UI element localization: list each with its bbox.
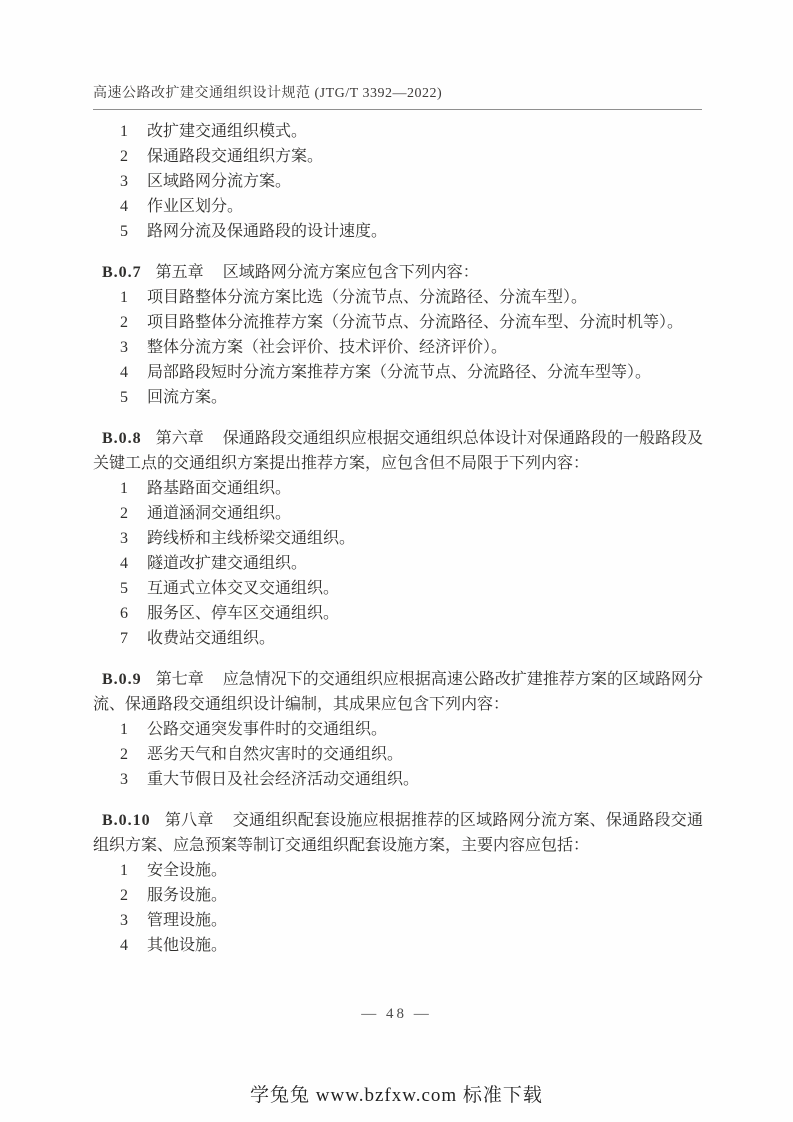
running-head: 高速公路改扩建交通组织设计规范 (JTG/T 3392—2022): [93, 82, 702, 110]
item-number: 3: [120, 526, 128, 551]
item-text: 改扩建交通组织模式。: [147, 123, 307, 140]
section-items: 1 安全设施。 2 服务设施。 3 管理设施。 4: [93, 858, 703, 958]
item-number: 3: [120, 335, 128, 360]
list-item: 3 重大节假日及社会经济活动交通组织。: [93, 767, 703, 792]
list-item: 4 局部路段短时分流方案推荐方案（分流节点、分流路径、分流车型等）。: [93, 360, 703, 385]
item-text: 服务设施。: [147, 887, 227, 904]
item-text: 安全设施。: [147, 862, 227, 879]
list-item: 5 互通式立体交叉交通组织。: [93, 576, 703, 601]
item-number: 2: [120, 883, 128, 908]
item-text: 通道涵洞交通组织。: [147, 505, 291, 522]
list-item: 6 服务区、停车区交通组织。: [93, 601, 703, 626]
list-item: 2 项目路整体分流推荐方案（分流节点、分流路径、分流车型、分流时机等）。: [93, 310, 703, 335]
item-number: 2: [120, 310, 128, 335]
item-text: 回流方案。: [147, 389, 227, 406]
item-text: 收费站交通组织。: [147, 630, 275, 647]
section-b-0-10: B.0.10 第八章 交通组织配套设施应根据推荐的区域路网分流方案、保通路段交通…: [93, 808, 703, 958]
section-chapter: 第八章: [165, 812, 214, 829]
section-chapter: 第五章: [156, 264, 204, 281]
item-number: 2: [120, 742, 128, 767]
list-item: 3 跨线桥和主线桥梁交通组织。: [93, 526, 703, 551]
list-item: 7 收费站交通组织。: [93, 626, 703, 651]
section-id: B.0.9: [102, 671, 142, 688]
section-chapter: 第七章: [156, 671, 204, 688]
item-number: 3: [120, 908, 128, 933]
item-text: 局部路段短时分流方案推荐方案（分流节点、分流路径、分流车型等）。: [147, 364, 651, 381]
list-item: 1 安全设施。: [93, 858, 703, 883]
item-number: 5: [120, 576, 128, 601]
item-number: 4: [120, 360, 128, 385]
item-number: 1: [120, 476, 128, 501]
list-item: 2 通道涵洞交通组织。: [93, 501, 703, 526]
section-items: 1 路基路面交通组织。 2 通道涵洞交通组织。 3 跨线桥和主线桥梁交通组织。: [93, 476, 703, 651]
item-number: 1: [120, 858, 128, 883]
list-item: 3 区域路网分流方案。: [93, 169, 703, 194]
item-text: 公路交通突发事件时的交通组织。: [147, 721, 387, 738]
list-item: 2 服务设施。: [93, 883, 703, 908]
item-number: 7: [120, 626, 128, 651]
list-item: 5 路网分流及保通路段的设计速度。: [93, 219, 703, 244]
item-text: 其他设施。: [147, 937, 227, 954]
running-head-title: 高速公路改扩建交通组织设计规范 (JTG/T 3392—2022): [93, 86, 442, 101]
list-item: 4 作业区划分。: [93, 194, 703, 219]
item-number: 1: [120, 717, 128, 742]
item-number: 4: [120, 933, 128, 958]
item-text: 整体分流方案（社会评价、技术评价、经济评价）。: [147, 339, 507, 356]
item-number: 5: [120, 219, 128, 244]
section-id: B.0.10: [102, 812, 151, 829]
item-number: 2: [120, 144, 128, 169]
page-number: — 48 —: [0, 1006, 793, 1023]
document-page: 高速公路改扩建交通组织设计规范 (JTG/T 3392—2022) 1 改扩建交…: [0, 0, 793, 1122]
item-number: 4: [120, 551, 128, 576]
item-text: 跨线桥和主线桥梁交通组织。: [147, 530, 355, 547]
item-text: 恶劣天气和自然灾害时的交通组织。: [147, 746, 403, 763]
section-heading-text: 区域路网分流方案应包含下列内容：: [223, 264, 479, 281]
list-item: 1 公路交通突发事件时的交通组织。: [93, 717, 703, 742]
list-item: 1 路基路面交通组织。: [93, 476, 703, 501]
item-number: 6: [120, 601, 128, 626]
list-item: 3 管理设施。: [93, 908, 703, 933]
section-heading: B.0.9 第七章 应急情况下的交通组织应根据高速公路改扩建推荐方案的区域路网分…: [93, 667, 703, 717]
item-text: 项目路整体分流方案比选（分流节点、分流路径、分流车型）。: [147, 289, 587, 306]
list-item: 3 整体分流方案（社会评价、技术评价、经济评价）。: [93, 335, 703, 360]
section-items: 1 项目路整体分流方案比选（分流节点、分流路径、分流车型）。 2 项目路整体分流…: [93, 285, 703, 410]
item-text: 重大节假日及社会经济活动交通组织。: [147, 771, 419, 788]
list-item: 4 其他设施。: [93, 933, 703, 958]
item-number: 1: [120, 285, 128, 310]
item-text: 隧道改扩建交通组织。: [147, 555, 307, 572]
list-item: 2 保通路段交通组织方案。: [93, 144, 703, 169]
list-item: 1 改扩建交通组织模式。: [93, 119, 703, 144]
item-text: 互通式立体交叉交通组织。: [147, 580, 339, 597]
item-text: 路网分流及保通路段的设计速度。: [147, 223, 387, 240]
list-item: 4 隧道改扩建交通组织。: [93, 551, 703, 576]
item-text: 服务区、停车区交通组织。: [147, 605, 339, 622]
list-item: 1 项目路整体分流方案比选（分流节点、分流路径、分流车型）。: [93, 285, 703, 310]
list-item: 5 回流方案。: [93, 385, 703, 410]
intro-list: 1 改扩建交通组织模式。 2 保通路段交通组织方案。 3 区域路网分流方案。 4…: [93, 119, 703, 244]
section-heading: B.0.7 第五章 区域路网分流方案应包含下列内容：: [93, 260, 703, 285]
section-b-0-7: B.0.7 第五章 区域路网分流方案应包含下列内容： 1 项目路整体分流方案比选…: [93, 260, 703, 410]
section-heading: B.0.8 第六章 保通路段交通组织应根据交通组织总体设计对保通路段的一般路段及…: [93, 426, 703, 476]
item-number: 2: [120, 501, 128, 526]
item-text: 保通路段交通组织方案。: [147, 148, 323, 165]
section-id: B.0.7: [102, 264, 142, 281]
item-text: 项目路整体分流推荐方案（分流节点、分流路径、分流车型、分流时机等）。: [147, 314, 683, 331]
section-b-0-9: B.0.9 第七章 应急情况下的交通组织应根据高速公路改扩建推荐方案的区域路网分…: [93, 667, 703, 792]
section-id: B.0.8: [102, 430, 142, 447]
page-content: 1 改扩建交通组织模式。 2 保通路段交通组织方案。 3 区域路网分流方案。 4…: [93, 119, 703, 958]
item-number: 5: [120, 385, 128, 410]
item-number: 3: [120, 169, 128, 194]
item-number: 1: [120, 119, 128, 144]
item-number: 3: [120, 767, 128, 792]
list-item: 2 恶劣天气和自然灾害时的交通组织。: [93, 742, 703, 767]
item-text: 作业区划分。: [147, 198, 243, 215]
watermark-text: 学兔兔 www.bzfxw.com 标准下载: [0, 1080, 793, 1107]
item-text: 管理设施。: [147, 912, 227, 929]
section-chapter: 第六章: [156, 430, 204, 447]
section-b-0-8: B.0.8 第六章 保通路段交通组织应根据交通组织总体设计对保通路段的一般路段及…: [93, 426, 703, 651]
section-heading: B.0.10 第八章 交通组织配套设施应根据推荐的区域路网分流方案、保通路段交通…: [93, 808, 703, 858]
item-number: 4: [120, 194, 128, 219]
item-text: 区域路网分流方案。: [147, 173, 291, 190]
section-items: 1 公路交通突发事件时的交通组织。 2 恶劣天气和自然灾害时的交通组织。 3 重…: [93, 717, 703, 792]
item-text: 路基路面交通组织。: [147, 480, 291, 497]
